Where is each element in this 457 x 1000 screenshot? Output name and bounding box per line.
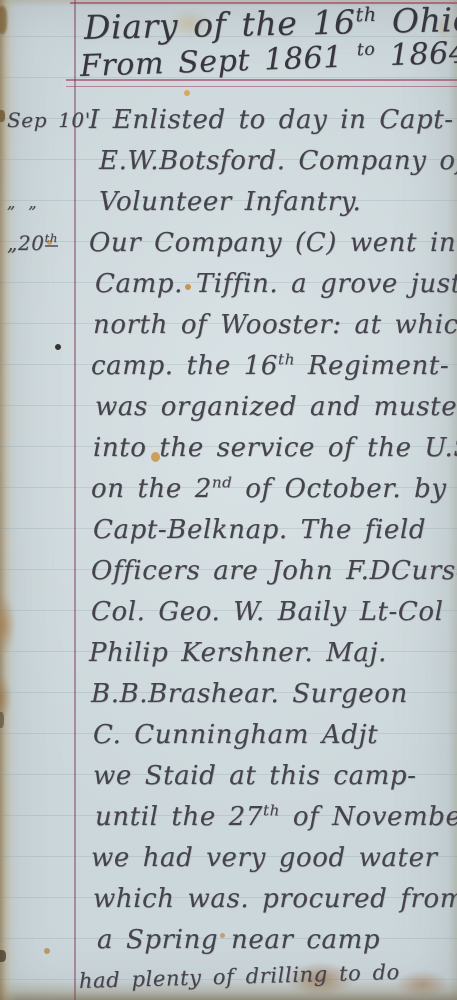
diary-line: camp. the 16th Regiment- [91,346,457,387]
diary-entries: Sep 10'I Enlisted to day in Capt-E.W.Bot… [0,100,457,1000]
diary-line: I Enlisted to day in Capt- [89,100,457,141]
diary-line: Capt-Belknap. The field [93,510,457,551]
entry-date: „ „ [0,182,76,223]
diary-line: B.B.Brashear. Surgeon [91,674,457,715]
diary-line: Our Company (C) went into. [89,223,457,264]
entry-lines: Volunteer Infantry. [76,182,457,223]
stain [0,6,7,34]
diary-line: north of Wooster: at which [93,305,457,346]
diary-line: was organized and mustered [95,387,457,428]
diary-line: E.W.Botsford. Company of [99,141,457,182]
diary-line: Col. Geo. W. Baily Lt-Col [91,592,457,633]
diary-page: Diary of the 16th Ohio From Sept 1861 to… [0,0,457,1000]
diary-line: Volunteer Infantry. [99,182,457,223]
diary-line: Philip Kershner. Maj. [89,633,457,674]
entry-date: Sep 10' [0,100,76,141]
entry-lines: Our Company (C) went into.Camp. Tiffin. … [76,223,457,1000]
diary-line: until the 27th of November [95,797,457,838]
diary-entry: „20thOur Company (C) went into.Camp. Tif… [0,223,457,1000]
diary-line: Camp. Tiffin. a grove just [95,264,457,305]
diary-line: Officers are John F.DCursey. [91,551,457,592]
diary-line: into the service of the U.S. [93,428,457,469]
diary-line: on the 2nd of October. by [91,469,457,510]
diary-entry: Sep 10'I Enlisted to day in Capt-E.W.Bot… [0,100,457,182]
diary-line: we had very good water [91,838,457,879]
entry-date: „20th [0,223,76,264]
diary-line: C. Cunningham Adjt [93,715,457,756]
diary-line: which was. procured from [93,879,457,920]
entry-lines: I Enlisted to day in Capt-E.W.Botsford. … [76,100,457,182]
stain [184,90,190,96]
diary-entry: „ „Volunteer Infantry. [0,182,457,223]
diary-line: we Staid at this camp- [93,756,457,797]
diary-header: Diary of the 16th Ohio From Sept 1861 to… [84,8,457,84]
